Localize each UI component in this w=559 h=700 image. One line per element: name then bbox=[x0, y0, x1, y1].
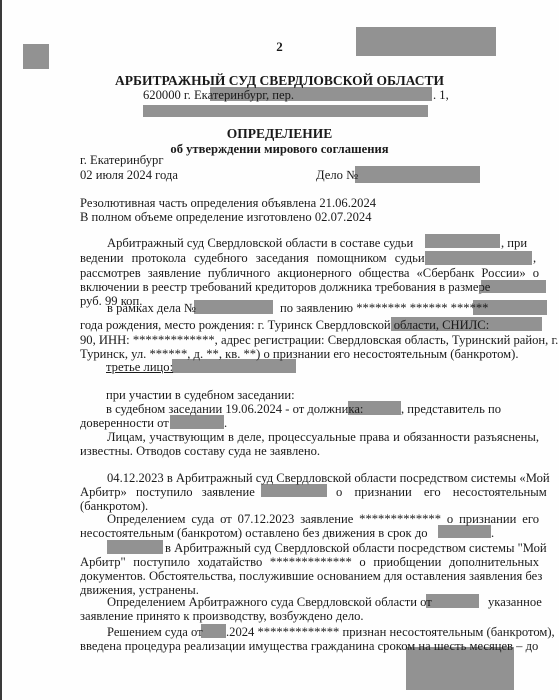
p4-line2: несостоятельным (банкротом) оставлено бе… bbox=[80, 526, 428, 540]
p5-line1: в Арбитражный суд Свердловской области п… bbox=[165, 541, 547, 555]
court-address-suffix: . 1, bbox=[433, 88, 449, 102]
p6-line1: Определением Арбитражного суда Свердловс… bbox=[107, 595, 432, 609]
p7-line2: введена процедура реализации имущества г… bbox=[80, 639, 538, 653]
third-party-label: третье лицо: bbox=[106, 360, 173, 374]
p6-line2: заявление принято к производству, возбуж… bbox=[80, 609, 364, 623]
redaction-amount bbox=[481, 280, 546, 293]
redaction-address-line2 bbox=[143, 105, 428, 117]
participation-label: при участии в судебном заседании: bbox=[106, 388, 295, 402]
court-address-prefix: 620000 г. Екатеринбург, пер. bbox=[143, 88, 294, 102]
p5-line2: Арбитр" поступило ходатайство **********… bbox=[80, 555, 539, 569]
p1-line2: ведении протокола судебного заседания по… bbox=[80, 251, 425, 265]
resolution-announced: Резолютивная часть определения объявлена… bbox=[80, 196, 376, 210]
p7-line1a: Решением суда от bbox=[107, 625, 203, 639]
hearing-line: в судебном заседании 19.06.2024 - от дол… bbox=[106, 402, 363, 416]
court-address: 620000 г. Екатеринбург, пер. bbox=[143, 88, 294, 102]
p5-line3: документов. Обстоятельства, послужившие … bbox=[80, 569, 539, 583]
p2-application: по заявлению ******** ****** ****** bbox=[280, 301, 488, 315]
redaction-petition-date bbox=[107, 540, 163, 554]
hearing-poa-end: . bbox=[224, 416, 227, 430]
doc-title: ОПРЕДЕЛЕНИЕ bbox=[0, 127, 559, 141]
p6-line1-end: указанное bbox=[488, 595, 542, 609]
rights-line1: Лицам, участвующим в деле, процессуальны… bbox=[80, 430, 539, 444]
p4-line2-end: . bbox=[491, 526, 494, 540]
redaction-decision-date bbox=[201, 624, 226, 638]
p1-line2-end: , bbox=[533, 251, 536, 265]
p7-line1b: .2024 ************* признан несостоятель… bbox=[226, 625, 555, 639]
p2-case-prefix: в рамках дела № bbox=[107, 301, 196, 315]
date: 02 июля 2024 года bbox=[80, 168, 178, 182]
p3-line2a: Арбитр» поступило заявление bbox=[80, 485, 255, 499]
city: г. Екатеринбург bbox=[80, 153, 163, 167]
p2-line2: года рождения, место рождения: г. Туринс… bbox=[80, 318, 489, 332]
p2-line4: Туринск, ул. ******, д. **, кв. **) о пр… bbox=[80, 347, 518, 361]
case-label: Дело № bbox=[316, 168, 358, 182]
p3-line2b: о признании его несостоятельным bbox=[336, 485, 547, 499]
hearing-rep: , представитель по bbox=[401, 402, 501, 416]
page-edge bbox=[0, 0, 2, 700]
p2-line3: 90, ИНН: *************, адрес регистраци… bbox=[80, 333, 558, 347]
redaction-applicant bbox=[261, 484, 327, 497]
p4-line1: Определением суда от 07.12.2023 заявлени… bbox=[80, 512, 539, 526]
redaction-case-number bbox=[355, 166, 480, 183]
redaction-deadline bbox=[438, 525, 491, 538]
p1-line1-end: , при bbox=[501, 236, 527, 250]
rights-line2: известны. Отводов составу суда не заявле… bbox=[80, 444, 320, 458]
page-number: 2 bbox=[0, 40, 559, 54]
redaction-judge bbox=[425, 234, 500, 248]
redaction-accept-date bbox=[426, 594, 479, 608]
p3-line3: (банкротом). bbox=[80, 499, 148, 513]
p1-line3: рассмотрев заявление публичного акционер… bbox=[80, 266, 539, 280]
resolution-full: В полном объеме определение изготовлено … bbox=[80, 210, 372, 224]
redaction-poa-date bbox=[170, 415, 224, 429]
hearing-poa: доверенности от bbox=[80, 416, 169, 430]
redaction-third-party bbox=[172, 359, 296, 373]
p1-line4: включении в реестр требований кредиторов… bbox=[80, 280, 490, 294]
redaction-end-date bbox=[406, 647, 514, 690]
court-name: АРБИТРАЖНЫЙ СУД СВЕРДЛОВСКОЙ ОБЛАСТИ bbox=[0, 74, 559, 88]
redaction-case-no-2 bbox=[194, 300, 273, 314]
p1-line1: Арбитражный суд Свердловской области в с… bbox=[107, 236, 413, 250]
redaction-assistant bbox=[425, 251, 532, 265]
p3-line1: 04.12.2023 в Арбитражный суд Свердловско… bbox=[80, 471, 539, 485]
